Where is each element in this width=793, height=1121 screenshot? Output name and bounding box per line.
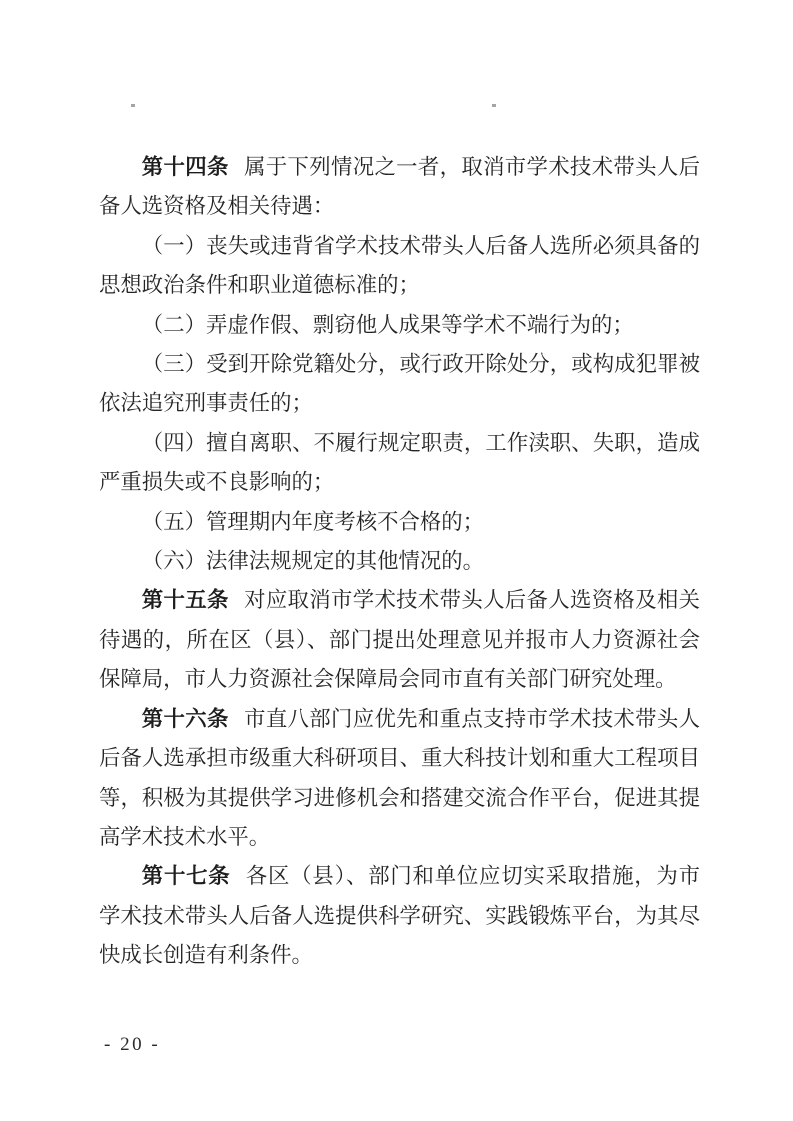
paragraph-text: （二）弄虚作假、剽窃他人成果等学术不端行为的；	[142, 313, 634, 337]
paragraph-article-16: 第十六条市直八部门应优先和重点支持市学术技术带头人后备人选承担市级重大科研项目、…	[99, 700, 700, 858]
scan-artifact-speck	[131, 104, 135, 107]
paragraph-text: （六）法律法规规定的其他情况的。	[142, 549, 484, 573]
page-number: - 20 -	[104, 1034, 160, 1056]
paragraph-article-17: 第十七条各区（县）、部门和单位应切实采取措施，为市学术技术带头人后备人选提供科学…	[99, 857, 700, 975]
scan-artifact-speck	[492, 104, 496, 107]
paragraph-article-15: 第十五条对应取消市学术技术带头人后备人选资格及相关待遇的，所在区（县）、部门提出…	[99, 581, 700, 699]
article-number: 第十七条	[142, 864, 231, 888]
paragraph-text: （三）受到开除党籍处分，或行政开除处分，或构成犯罪被依法追究刑事责任的；	[99, 352, 700, 415]
paragraph-clause-4: （四）擅自离职、不履行规定职责，工作渎职、失职，造成严重损失或不良影响的；	[99, 424, 700, 503]
paragraph-clause-2: （二）弄虚作假、剽窃他人成果等学术不端行为的；	[99, 306, 700, 345]
scanned-document-page: { "doc": { "page_number": "- 20 -", "col…	[0, 0, 793, 1121]
article-number: 第十四条	[142, 155, 229, 179]
paragraph-article-14: 第十四条属于下列情况之一者，取消市学术技术带头人后备人选资格及相关待遇：	[99, 148, 700, 227]
paragraph-text: （一）丧失或违背省学术技术带头人后备人选所必须具备的思想政治条件和职业道德标准的…	[99, 234, 700, 297]
paragraph-clause-3: （三）受到开除党籍处分，或行政开除处分，或构成犯罪被依法追究刑事责任的；	[99, 345, 700, 424]
paragraph-text: （五）管理期内年度考核不合格的；	[142, 510, 484, 534]
document-page: 第十四条属于下列情况之一者，取消市学术技术带头人后备人选资格及相关待遇： （一）…	[0, 0, 793, 1121]
paragraph-clause-1: （一）丧失或违背省学术技术带头人后备人选所必须具备的思想政治条件和职业道德标准的…	[99, 227, 700, 306]
article-number: 第十五条	[142, 588, 229, 612]
paragraph-clause-5: （五）管理期内年度考核不合格的；	[99, 503, 700, 542]
document-body: 第十四条属于下列情况之一者，取消市学术技术带头人后备人选资格及相关待遇： （一）…	[99, 148, 700, 976]
article-number: 第十六条	[142, 707, 229, 731]
paragraph-clause-6: （六）法律法规规定的其他情况的。	[99, 542, 700, 581]
paragraph-text: （四）擅自离职、不履行规定职责，工作渎职、失职，造成严重损失或不良影响的；	[99, 431, 700, 494]
